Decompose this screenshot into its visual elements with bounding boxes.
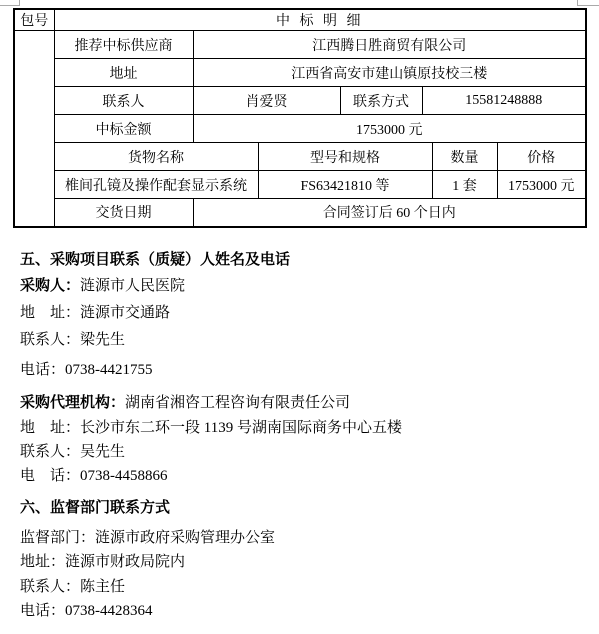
supervision-contact-line: 联系人：陈主任 <box>20 579 125 596</box>
bid-detail-table: 包号 中 标 明 细 推荐中标供应商 江西腾日胜商贸有限公司 地址 江西省高安市… <box>13 8 587 228</box>
document-page: 包号 中 标 明 细 推荐中标供应商 江西腾日胜商贸有限公司 地址 江西省高安市… <box>0 0 599 634</box>
amount-value-cell: 1753000 元 <box>193 115 586 143</box>
contact-label-cell: 联系人 <box>54 87 193 115</box>
agency-phone-line: 电 话：0738-4458866 <box>20 468 168 485</box>
supervision-department-line: 监督部门：涟源市政府采购管理办公室 <box>20 530 275 547</box>
supervision-contact-label: 联系人： <box>20 579 80 595</box>
supervision-phone-value: 0738-4428364 <box>65 603 153 619</box>
purchaser-value: 涟源市人民医院 <box>80 278 185 294</box>
cropped-table-fragment-top-left <box>0 0 20 6</box>
goods-name-header-cell: 货物名称 <box>54 143 258 171</box>
quantity-value-cell: 1 套 <box>432 171 497 199</box>
cropped-table-fragment-top-right <box>577 0 599 6</box>
price-header-cell: 价格 <box>497 143 586 171</box>
supplier-value-cell: 江西腾日胜商贸有限公司 <box>193 31 586 59</box>
agency-address-value: 长沙市东二环一段 1139 号湖南国际商务中心五楼 <box>80 420 402 436</box>
agency-address-label: 地 址： <box>20 420 80 436</box>
purchaser-address-line: 地 址：涟源市交通路 <box>20 305 170 322</box>
contact-method-label-cell: 联系方式 <box>340 87 422 115</box>
model-spec-header-cell: 型号和规格 <box>258 143 432 171</box>
goods-name-value-cell: 椎间孔镜及操作配套显示系统 <box>54 171 258 199</box>
price-value-cell: 1753000 元 <box>497 171 586 199</box>
package-no-empty-cell <box>14 31 54 227</box>
supervision-department-value: 涟源市政府采购管理办公室 <box>95 530 275 546</box>
agency-label: 采购代理机构： <box>20 395 125 411</box>
purchaser-contact-label: 联系人： <box>20 332 80 348</box>
package-no-header-cell: 包号 <box>14 9 54 31</box>
section5-heading: 五、采购项目联系（质疑）人姓名及电话 <box>20 252 290 269</box>
quantity-header-cell: 数量 <box>432 143 497 171</box>
agency-contact-value: 吴先生 <box>80 444 125 460</box>
purchaser-address-label: 地 址： <box>20 305 80 321</box>
purchaser-phone-value: 0738-4421755 <box>65 362 153 378</box>
agency-contact-line: 联系人：吴先生 <box>20 444 125 461</box>
agency-value: 湖南省湘咨工程咨询有限责任公司 <box>125 395 350 411</box>
contact-method-value-cell: 15581248888 <box>422 87 586 115</box>
purchaser-contact-line: 联系人：梁先生 <box>20 332 125 349</box>
delivery-label-cell: 交货日期 <box>54 199 193 227</box>
address-label-cell: 地址 <box>54 59 193 87</box>
supervision-contact-value: 陈主任 <box>80 579 125 595</box>
model-spec-value-cell: FS63421810 等 <box>258 171 432 199</box>
supervision-address-value: 涟源市财政局院内 <box>65 554 185 570</box>
supervision-address-label: 地址： <box>20 554 65 570</box>
supervision-department-label: 监督部门： <box>20 530 95 546</box>
supplier-label-cell: 推荐中标供应商 <box>54 31 193 59</box>
purchaser-label: 采购人： <box>20 278 80 294</box>
agency-phone-label: 电 话： <box>20 468 80 484</box>
address-value-cell: 江西省高安市建山镇原技校三楼 <box>193 59 586 87</box>
agency-line: 采购代理机构：湖南省湘咨工程咨询有限责任公司 <box>20 395 350 412</box>
agency-contact-label: 联系人： <box>20 444 80 460</box>
delivery-value-cell: 合同签订后 60 个日内 <box>193 199 586 227</box>
purchaser-address-value: 涟源市交通路 <box>80 305 170 321</box>
purchaser-phone-label: 电话： <box>20 362 65 378</box>
purchaser-line: 采购人：涟源市人民医院 <box>20 278 185 295</box>
contact-value-cell: 肖爱贤 <box>193 87 340 115</box>
purchaser-contact-value: 梁先生 <box>80 332 125 348</box>
purchaser-phone-line: 电话：0738-4421755 <box>20 362 153 379</box>
supervision-phone-line: 电话：0738-4428364 <box>20 603 153 620</box>
agency-phone-value: 0738-4458866 <box>80 468 168 484</box>
table-title-cell: 中 标 明 细 <box>54 9 586 31</box>
section6-heading: 六、监督部门联系方式 <box>20 500 170 517</box>
supervision-address-line: 地址：涟源市财政局院内 <box>20 554 185 571</box>
agency-address-line: 地 址：长沙市东二环一段 1139 号湖南国际商务中心五楼 <box>20 420 402 437</box>
amount-label-cell: 中标金额 <box>54 115 193 143</box>
supervision-phone-label: 电话： <box>20 603 65 619</box>
